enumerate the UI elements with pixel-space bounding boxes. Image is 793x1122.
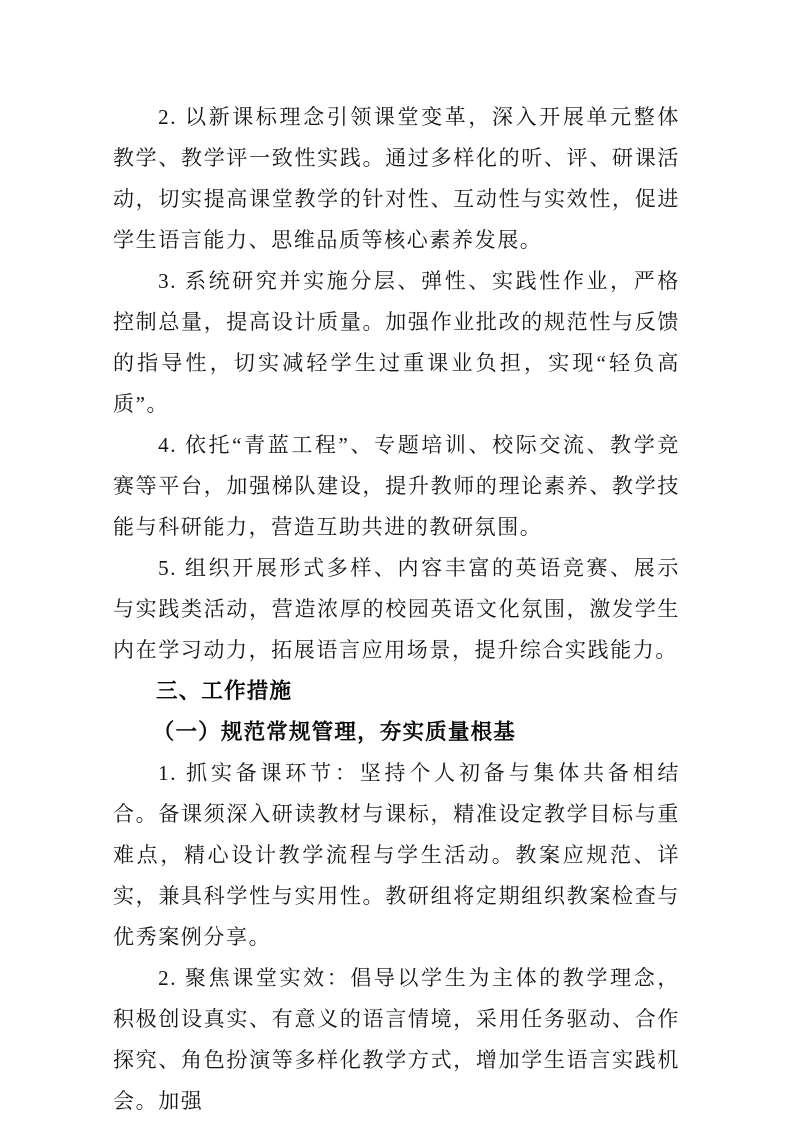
paragraph-lesson-prep: 1. 抓实备课环节：坚持个人初备与集体共备相结合。备课须深入研读教材与课标，精准… (113, 753, 680, 958)
paragraph-item-4: 4. 依托“青蓝工程”、专题培训、校际交流、教学竞赛等平台，加强梯队建设，提升教… (113, 425, 680, 548)
paragraph-item-2: 2. 以新课标理念引领课堂变革，深入开展单元整体教学、教学评一致性实践。通过多样… (113, 97, 680, 261)
subsection-heading-routine-management: （一）规范常规管理，夯实质量根基 (113, 712, 680, 753)
document-page: 2. 以新课标理念引领课堂变革，深入开展单元整体教学、教学评一致性实践。通过多样… (0, 0, 793, 1122)
paragraph-item-5: 5. 组织开展形式多样、内容丰富的英语竞赛、展示与实践类活动，营造浓厚的校园英语… (113, 548, 680, 671)
paragraph-item-3: 3. 系统研究并实施分层、弹性、实践性作业，严格控制总量，提高设计质量。加强作业… (113, 261, 680, 425)
section-heading-work-measures: 三、工作措施 (113, 671, 680, 712)
paragraph-classroom-effectiveness: 2. 聚焦课堂实效：倡导以学生为主体的教学理念，积极创设真实、有意义的语言情境，… (113, 958, 680, 1122)
document-text-block: 2. 以新课标理念引领课堂变革，深入开展单元整体教学、教学评一致性实践。通过多样… (113, 97, 680, 1122)
